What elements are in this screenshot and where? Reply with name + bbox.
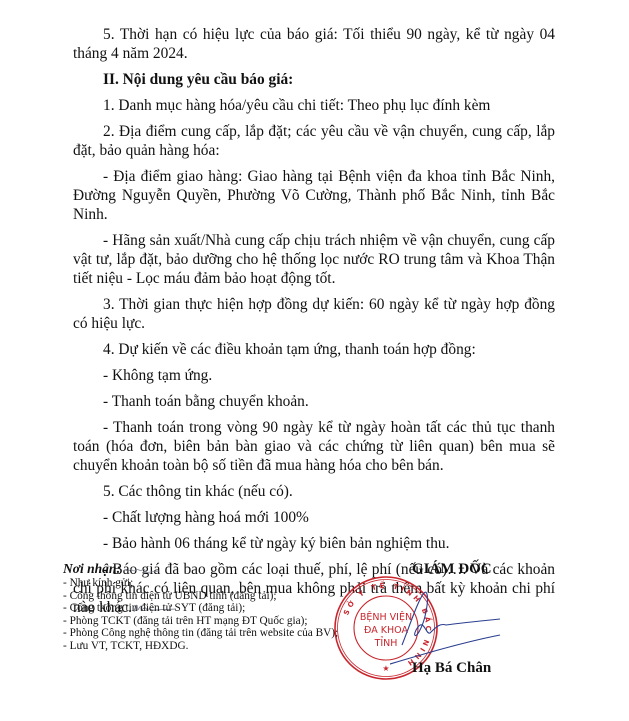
section-heading: II. Nội dung yêu cầu báo giá:	[73, 70, 555, 89]
recipients-list: - Như kính gửi; - Cổng thông tin điện tử…	[63, 577, 363, 653]
recipients-title: Nơi nhận:	[63, 561, 363, 576]
paragraph-validity: 5. Thời hạn có hiệu lực của báo giá: Tối…	[73, 25, 555, 63]
paragraph-item-3: 3. Thời gian thực hiện hợp đồng dự kiến:…	[73, 295, 555, 333]
recipient-item: - Như kính gửi;	[63, 577, 363, 590]
recipient-item: - Phòng Công nghệ thông tin (đăng tải tr…	[63, 627, 363, 640]
paragraph-bank-transfer: - Thanh toán bằng chuyển khoản.	[73, 392, 555, 411]
recipient-item: - Cổng thông tin điện tử UBND tỉnh (đăng…	[63, 590, 363, 603]
svg-text:★: ★	[382, 664, 389, 673]
paragraph-item-2: 2. Địa điểm cung cấp, lắp đặt; các yêu c…	[73, 122, 555, 160]
recipients-title-text: Nơi nhận:	[63, 561, 121, 576]
paragraph-delivery-location: - Địa điểm giao hàng: Giao hàng tại Bệnh…	[73, 167, 555, 224]
signatory-name: Hạ Bá Chân	[412, 660, 491, 677]
paragraph-payment-terms: - Thanh toán trong vòng 90 ngày kể từ ng…	[73, 418, 555, 475]
paragraph-item-5: 5. Các thông tin khác (nếu có).	[73, 482, 555, 501]
initials-mark-icon	[121, 565, 161, 575]
paragraph-warranty: - Bảo hành 06 tháng kể từ ngày ký biên b…	[73, 534, 555, 553]
paragraph-supplier-responsibility: - Hãng sản xuất/Nhà cung cấp chịu trách …	[73, 231, 555, 288]
document-body: 5. Thời hạn có hiệu lực của báo giá: Tối…	[73, 25, 555, 624]
paragraph-no-advance: - Không tạm ứng.	[73, 366, 555, 385]
recipient-item: - Phòng TCKT (đăng tải trên HT mạng ĐT Q…	[63, 615, 363, 628]
signature-icon	[390, 585, 510, 670]
recipients-block: Nơi nhận: - Như kính gửi; - Cổng thông t…	[63, 561, 363, 653]
paragraph-item-1: 1. Danh mục hàng hóa/yêu cầu chi tiết: T…	[73, 96, 555, 115]
paragraph-item-4: 4. Dự kiến về các điều khoản tạm ứng, th…	[73, 340, 555, 359]
paragraph-quality: - Chất lượng hàng hoá mới 100%	[73, 508, 555, 527]
recipient-item: - Lưu VT, TCKT, HĐXDG.	[63, 640, 363, 653]
recipient-item: - Cổng thông tin điện tử SYT (đăng tải);	[63, 602, 363, 615]
